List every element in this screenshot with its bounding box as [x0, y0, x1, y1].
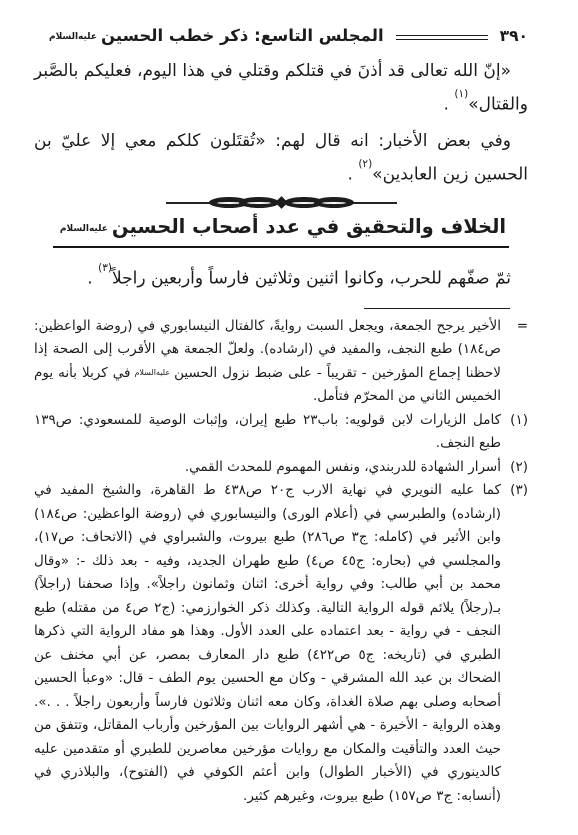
footnote-continuation-marker: = — [501, 315, 528, 409]
footnote-continuation-text: الأخير يرجح الجمعة، ويجعل السبت روايةً، … — [34, 315, 501, 409]
section-heading-text: الخلاف والتحقيق في عدد أصحاب الحسين — [112, 215, 506, 238]
footnotes-separator — [364, 308, 510, 309]
paragraph-3-text: ثمّ صفّهم للحرب، وكانوا اثنين وثلاثين فا… — [112, 269, 511, 289]
running-header: ٣٩٠ المجلس التاسع: ذكر خطب الحسينعليه‌ال… — [34, 26, 528, 45]
chapter-title: المجلس التاسع: ذكر خطب الحسينعليه‌السلام — [45, 26, 384, 45]
ornament-line-left — [166, 202, 214, 204]
footnote-2-text: أسرار الشهادة للدربندي، ونفس المهموم للم… — [34, 456, 501, 480]
footnotes-block: = الأخير يرجح الجمعة، ويجعل السبت روايةً… — [34, 315, 528, 809]
book-page: ٣٩٠ المجلس التاسع: ذكر خطب الحسينعليه‌ال… — [0, 0, 578, 835]
body-paragraph-3: ثمّ صفّهم للحرب، وكانوا اثنين وثلاثين فا… — [34, 260, 528, 294]
footnote-ref-1: (١) — [454, 88, 468, 100]
footnote-item-1: (١) كامل الزيارات لابن قولويه: باب٢٣ طبع… — [34, 409, 528, 456]
footnote-ref-2: (٢) — [358, 158, 372, 170]
footnote-ref-3: (٣) — [98, 262, 112, 274]
paragraph-2-text: وفي بعض الأخبار: انه قال لهم: «تُقتَلون … — [34, 131, 528, 185]
section-divider-ornament — [156, 197, 406, 208]
footnote-2-marker: (٢) — [501, 456, 528, 480]
footnote-item-3: (٣) كما عليه النويري في نهاية الارب ج٢٠ … — [34, 479, 528, 808]
paragraph-2-period: . — [348, 164, 359, 184]
footnote-1-marker: (١) — [501, 409, 528, 456]
alayhissalam-symbol: عليه‌السلام — [60, 225, 108, 234]
footnote-3-marker: (٣) — [501, 479, 528, 808]
ornament-leaf — [314, 197, 354, 208]
ornament-line-right — [349, 202, 397, 204]
alayhissalam-symbol: عليه‌السلام — [49, 33, 97, 42]
paragraph-3-period: . — [87, 269, 98, 289]
chapter-title-text: المجلس التاسع: ذكر خطب الحسين — [101, 26, 384, 45]
footnote-item-2: (٢) أسرار الشهادة للدربندي، ونفس المهموم… — [34, 456, 528, 480]
ornament-leaf — [239, 197, 279, 208]
footnote-continuation: = الأخير يرجح الجمعة، ويجعل السبت روايةً… — [34, 315, 528, 409]
paragraph-1-period: . — [444, 95, 455, 115]
ornament-diamond — [275, 196, 288, 209]
footnote-3-text: كما عليه النويري في نهاية الارب ج٢٠ ص٤٣٨… — [34, 479, 501, 808]
page-number: ٣٩٠ — [500, 27, 528, 45]
header-rule — [396, 35, 488, 40]
hadith-paragraph-2: وفي بعض الأخبار: انه قال لهم: «تُقتَلون … — [34, 127, 528, 190]
footnote-1-text: كامل الزيارات لابن قولويه: باب٢٣ طبع إير… — [34, 409, 501, 456]
section-heading: الخلاف والتحقيق في عدد أصحاب الحسينعليه‌… — [53, 215, 509, 248]
alayhissalam-symbol: عليه‌السلام — [134, 369, 170, 377]
hadith-paragraph-1: «إنّ الله تعالى قد أذنَ في قتلكم وقتلي ف… — [34, 57, 528, 120]
